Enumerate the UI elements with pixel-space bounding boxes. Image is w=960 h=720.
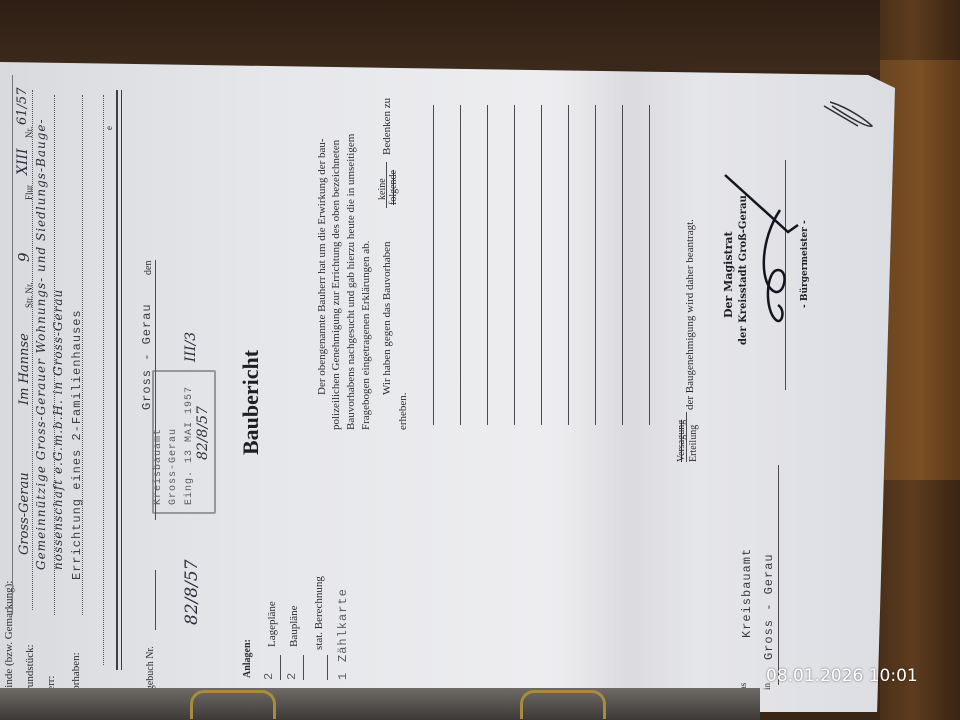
page-shadow	[560, 62, 700, 712]
page-title: Baubericht	[238, 350, 264, 455]
bauherr-line	[54, 95, 55, 615]
address-line	[778, 465, 779, 685]
stamp-handwritten: 82/8/57	[195, 406, 211, 460]
stamp-line1: Kreisbauamt	[153, 428, 164, 505]
anlage-2-label: Baupläne	[288, 605, 300, 647]
paragraph2-prefix: Wir haben gegen das Bauvorhaben	[381, 241, 393, 395]
den-label: den	[143, 261, 154, 275]
anlagen-label: Anlagen:	[242, 639, 253, 678]
tagebuch-value: 82/8/57	[182, 559, 202, 625]
remarks-line	[487, 105, 488, 425]
nr-value: 61/57	[15, 88, 30, 125]
recipient-city: Gross - Gerau	[762, 553, 776, 660]
strasse-value: Im Hannse	[17, 333, 32, 405]
bauherr-line1: Gemeinnützige Gross-Gerauer Wohnungs- un…	[34, 118, 48, 570]
tagebuch-line	[155, 570, 156, 630]
paragraph1-line2: polizeilichen Genehmigung zur Errichtung…	[330, 140, 342, 430]
paragraph1-line3: Bauvorhabens nachgesucht und gab hierzu …	[345, 134, 357, 430]
anlage-1-label: Lagepläne	[266, 601, 278, 647]
str-nr-value: 9	[15, 252, 33, 262]
paragraph1-line1: Der obengenannte Bauherr hat um die Erwi…	[316, 138, 328, 395]
option-folgende: folgende	[388, 170, 399, 205]
paragraph2-end: erheben.	[397, 392, 409, 430]
remarks-line	[514, 105, 515, 425]
anlage-2-count: 2	[285, 672, 299, 680]
remarks-line	[568, 105, 569, 425]
header-divider-2	[121, 90, 122, 670]
paragraph2-suffix: Bedenken zu	[381, 98, 393, 155]
baugrundstueck-value: Gross-Gerau	[17, 472, 32, 555]
anlage-1-count: 2	[262, 672, 276, 680]
binder-edge	[0, 688, 760, 720]
gemeinde-line	[12, 75, 13, 615]
bauvorhaben-line	[82, 95, 83, 615]
option-erteilung: Erteilung	[688, 425, 699, 462]
signature-scribble	[720, 170, 820, 350]
flur-value: XIII	[15, 148, 31, 175]
header-divider	[116, 90, 118, 670]
stamp-line2: Gross-Gerau	[168, 428, 179, 505]
photo-timestamp: 08.01.2026 10:01	[766, 666, 918, 686]
remarks-line	[595, 105, 596, 425]
remarks-line	[460, 105, 461, 425]
remarks-line	[433, 105, 434, 425]
handwritten-ref: III/3	[183, 332, 199, 362]
stamp-line3: Eing. 13 MAI 1957	[184, 386, 195, 505]
table-surface-top	[0, 0, 960, 70]
remarks-line	[649, 105, 650, 425]
extra-line	[103, 95, 104, 665]
anlage-3-label: stat. Berechnung	[313, 576, 325, 650]
document-page	[0, 62, 895, 712]
paragraph1-line4: Fragebogen eingetragenen Erklärungen ab.	[360, 241, 372, 430]
binder-clip	[190, 690, 276, 719]
remarks-line	[541, 105, 542, 425]
conclusion-text: der Baugenehmigung wird daher beantragt.	[684, 219, 696, 410]
margin-note-18	[820, 100, 880, 140]
anlage-4-label: Zählkarte	[336, 588, 350, 662]
remarks-line	[622, 105, 623, 425]
binder-clip	[520, 690, 606, 719]
anlage-4-count: 1	[336, 672, 350, 680]
corner-mark: e	[104, 126, 114, 130]
recipient: Kreisbauamt	[740, 548, 754, 638]
baugrundstueck-line	[32, 90, 33, 610]
